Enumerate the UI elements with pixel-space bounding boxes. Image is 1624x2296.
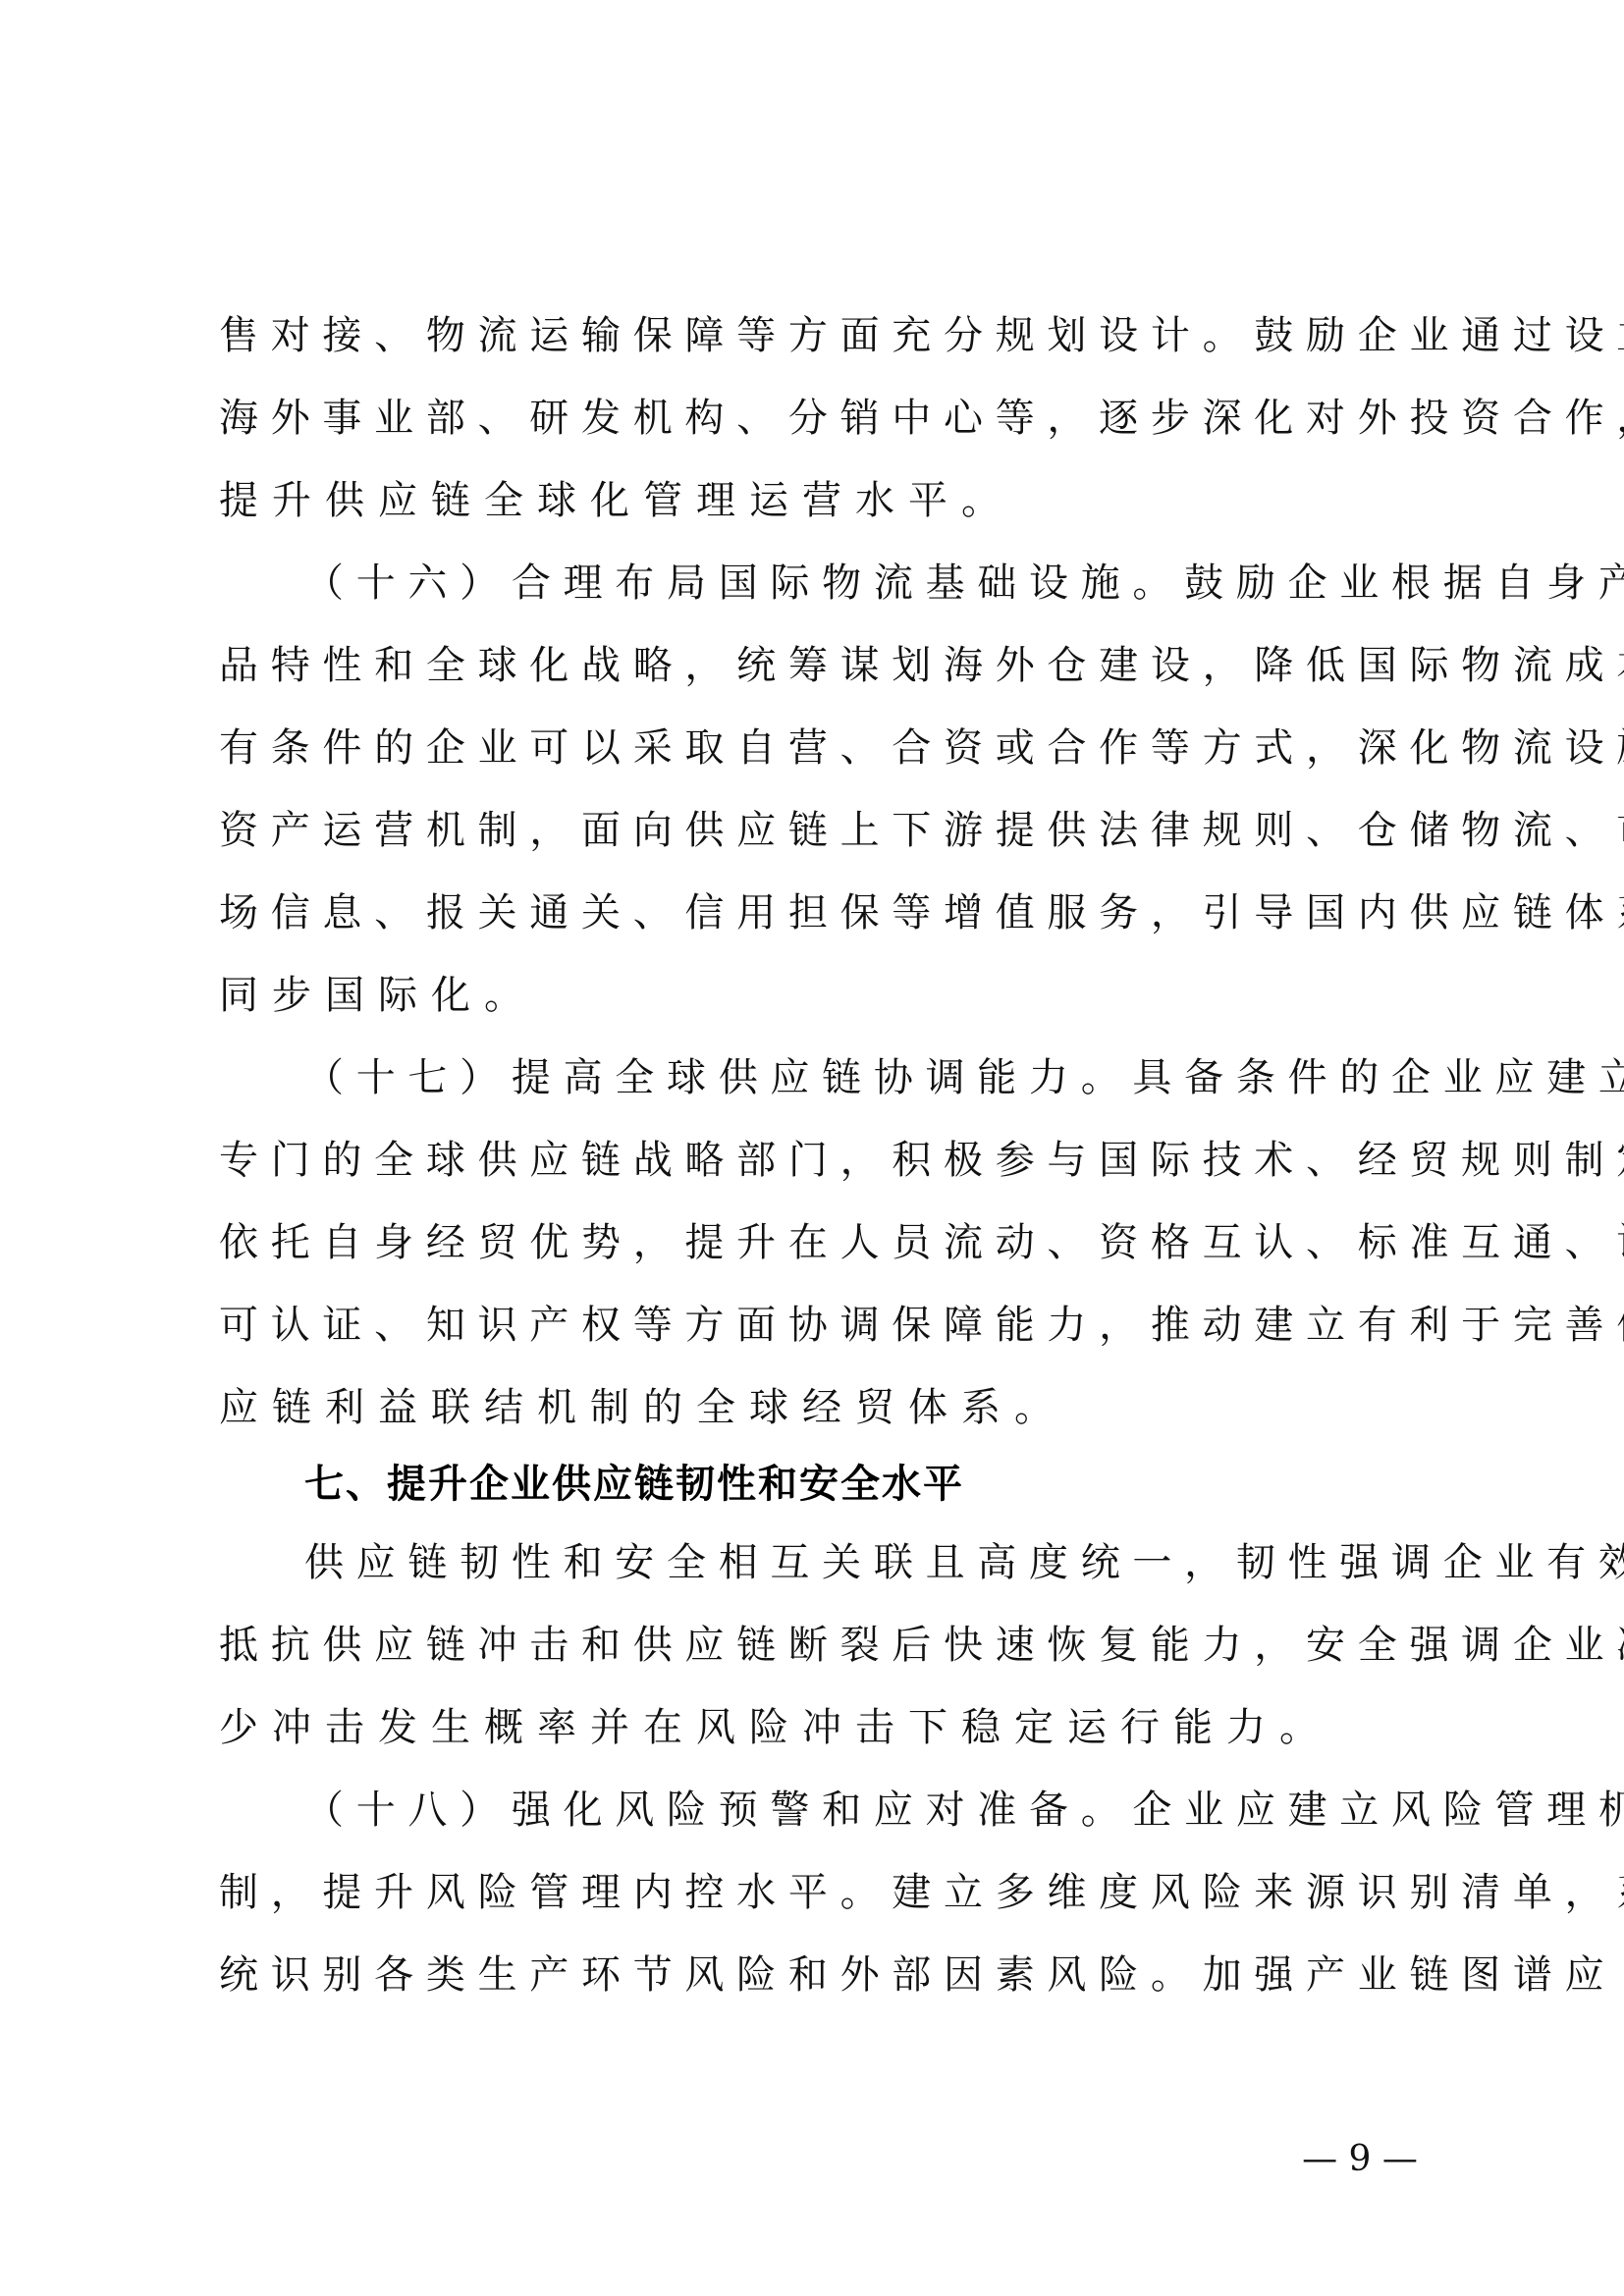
section-heading: 七、提升企业供应链韧性和安全水平 bbox=[304, 1457, 964, 1512]
document-page: 售 对 接 、 物 流 运 输 保 障 等 方 面 充 分 规 划 设 计 。 … bbox=[0, 0, 1624, 2296]
paragraph-line: 少冲击发生概率并在风险冲击下稳定运行能力。 bbox=[219, 1700, 1427, 1755]
paragraph-line-item-16: （ 十 六 ） 合 理 布 局 国 际 物 流 基 础 设 施 。 鼓 励 企 … bbox=[304, 556, 1427, 611]
paragraph-line: 资 产 运 营 机 制 ， 面 向 供 应 链 上 下 游 提 供 法 律 规 … bbox=[219, 803, 1427, 858]
paragraph-line: 统 识 别 各 类 生 产 环 节 风 险 和 外 部 因 素 风 险 。 加 … bbox=[219, 1948, 1427, 2002]
paragraph-line: 依 托 自 身 经 贸 优 势 ， 提 升 在 人 员 流 动 、 资 格 互 … bbox=[219, 1215, 1427, 1270]
paragraph-line-item-18: （ 十 八 ） 强 化 风 险 预 警 和 应 对 准 备 。 企 业 应 建 … bbox=[304, 1783, 1427, 1838]
paragraph-line: 可 认 证 、 知 识 产 权 等 方 面 协 调 保 障 能 力 ， 推 动 … bbox=[219, 1298, 1427, 1353]
paragraph-line: 海 外 事 业 部 、 研 发 机 构 、 分 销 中 心 等 ， 逐 步 深 … bbox=[219, 391, 1427, 446]
paragraph-line-item-17: （ 十 七 ） 提 高 全 球 供 应 链 协 调 能 力 。 具 备 条 件 … bbox=[304, 1050, 1427, 1105]
paragraph-line: 应链利益联结机制的全球经贸体系。 bbox=[219, 1380, 1427, 1435]
paragraph-line: 提升供应链全球化管理运营水平。 bbox=[219, 473, 1427, 528]
paragraph-line: 场 信 息 、 报 关 通 关 、 信 用 担 保 等 增 值 服 务 ， 引 … bbox=[219, 885, 1427, 940]
paragraph-line: 同步国际化。 bbox=[219, 968, 1427, 1023]
paragraph-line: 抵 抗 供 应 链 冲 击 和 供 应 链 断 裂 后 快 速 恢 复 能 力 … bbox=[219, 1618, 1427, 1673]
page-number: — 9 — bbox=[1286, 2136, 1434, 2183]
paragraph-line: 制 ， 提 升 风 险 管 理 内 控 水 平 。 建 立 多 维 度 风 险 … bbox=[219, 1865, 1427, 1920]
paragraph-line: 售 对 接 、 物 流 运 输 保 障 等 方 面 充 分 规 划 设 计 。 … bbox=[219, 308, 1427, 363]
paragraph-line: 有 条 件 的 企 业 可 以 采 取 自 营 、 合 资 或 合 作 等 方 … bbox=[219, 721, 1427, 775]
paragraph-line: 专 门 的 全 球 供 应 链 战 略 部 门 ， 积 极 参 与 国 际 技 … bbox=[219, 1133, 1427, 1188]
paragraph-line: 供 应 链 韧 性 和 安 全 相 互 关 联 且 高 度 统 一 ， 韧 性 … bbox=[304, 1535, 1427, 1590]
paragraph-line: 品 特 性 和 全 球 化 战 略 ， 统 筹 谋 划 海 外 仓 建 设 ， … bbox=[219, 638, 1427, 693]
